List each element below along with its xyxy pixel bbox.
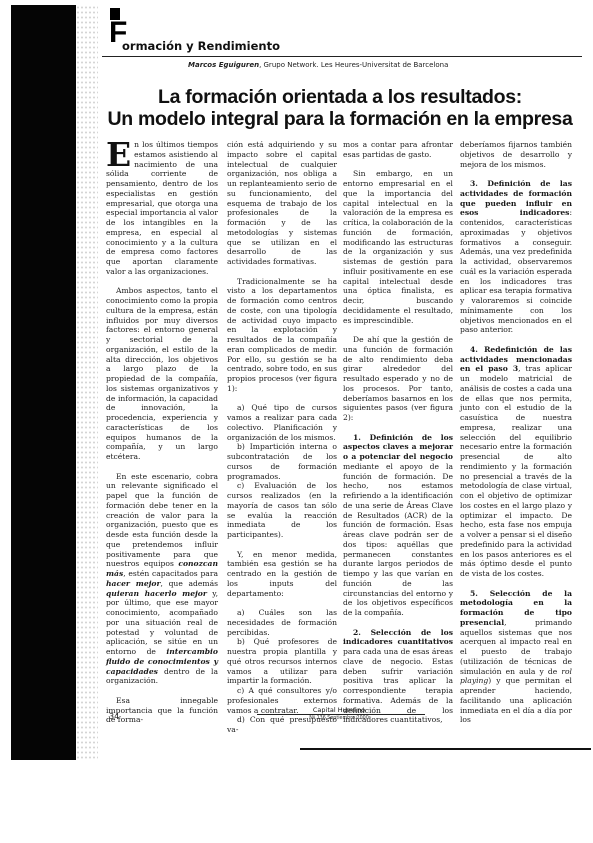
page-number: 34 (109, 712, 119, 721)
section-title: ormación y Rendimiento (122, 39, 280, 53)
publication-name: Capital Humano (254, 706, 424, 714)
list-item: b) Qué profesores de nuestra propia plan… (227, 637, 337, 686)
footer-divider (257, 714, 425, 715)
article-column-4: deberíamos fijarnos también objetivos de… (460, 140, 572, 735)
step-5: 5. Selección de la metodología en la for… (460, 589, 572, 726)
scan-noise (76, 5, 98, 760)
paragraph: ción está adquiriendo y su impacto sobre… (227, 140, 337, 267)
paragraph: En este escenario, cobra un relevante si… (106, 472, 218, 687)
paragraph: De ahí que la gestión de una función de … (343, 335, 453, 423)
step-3: 3. Definición de las actividades de form… (460, 179, 572, 335)
article-headline: La formación orientada a los resultados:… (100, 86, 580, 130)
article-column-2: ción está adquiriendo y su impacto sobre… (227, 140, 337, 735)
scan-margin-shadow (11, 5, 76, 760)
author-name: Marcos Eguiguren (188, 61, 259, 69)
list-item: c) Evaluación de los cursos realizados (… (227, 481, 337, 540)
list-item: a) Qué tipo de cursos vamos a realizar p… (227, 403, 337, 442)
byline: Marcos Eguiguren, Grupo Network. Les Heu… (188, 61, 448, 69)
section-initial: F (109, 22, 121, 44)
issue-info: Nº 136 Septiembre 2000 (254, 716, 424, 721)
paragraph: En los últimos tiempos estamos asistiend… (106, 140, 218, 277)
paragraph: Ambos aspectos, tanto el conocimiento co… (106, 286, 218, 462)
section-divider (102, 56, 582, 57)
paragraph: deberíamos fijarnos también objetivos de… (460, 140, 572, 169)
paragraph: mos a contar para afrontar esas partidas… (343, 140, 453, 160)
article-column-1: En los últimos tiempos estamos asistiend… (106, 140, 218, 735)
list-item: b) Impartición interna o subcontratación… (227, 442, 337, 481)
paragraph: Esa innegable importancia que la función… (106, 696, 218, 725)
headline-line-1: La formación orientada a los resultados: (100, 86, 580, 108)
step-1: 1. Definición de los aspectos claves a m… (343, 433, 453, 618)
drop-cap: E (106, 141, 131, 168)
bottom-scan-line (300, 748, 591, 750)
step-4: 4. Redefinición de las actividades menci… (460, 345, 572, 579)
paragraph: Y, en menor medida, también esa gestión … (227, 550, 337, 599)
headline-line-2: Un modelo integral para la formación en … (100, 108, 580, 130)
paragraph: Tradicionalmente se ha visto a los depar… (227, 277, 337, 394)
article-column-3: mos a contar para afrontar esas partidas… (343, 140, 453, 735)
list-item: a) Cuáles son las necesidades de formaci… (227, 608, 337, 637)
paragraph: Sin embargo, en un entorno empresarial e… (343, 169, 453, 325)
author-affiliation: , Grupo Network. Les Heures-Universitat … (259, 61, 448, 69)
